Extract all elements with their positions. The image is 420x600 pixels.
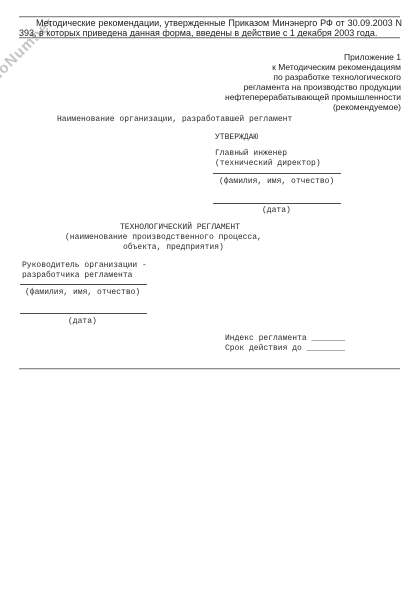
document-page: NoNumber Методические рекомендации, утве… <box>0 0 420 600</box>
fio-caption: (фамилия, имя, отчество) <box>219 177 334 186</box>
signature-line-2 <box>20 284 147 285</box>
signature-line <box>213 173 341 174</box>
doc-subtitle-2: объекта, предприятия) <box>123 243 224 252</box>
appendix-line: нефтеперерабатывающей промышленности <box>225 92 401 102</box>
approver-title: Главный инженер <box>215 149 287 158</box>
org-caption: Наименование организации, разработавшей … <box>57 115 292 124</box>
date-caption-2: (дата) <box>68 317 97 326</box>
page-bottom-rule <box>19 368 400 370</box>
appendix-line: Приложение 1 <box>225 52 401 62</box>
date-line <box>213 203 341 204</box>
doc-subtitle: (наименование производственного процесса… <box>65 233 262 242</box>
approve-stamp: УТВЕРЖДАЮ <box>215 133 258 142</box>
appendix-line: по разработке технологического <box>225 72 401 82</box>
date-line-2 <box>20 313 147 314</box>
validity-period: Срок действия до ________ <box>225 344 345 353</box>
appendix-line: (рекомендуемое) <box>225 102 401 112</box>
appendix-block: Приложение 1 к Методическим рекомендация… <box>225 52 401 112</box>
head-org-line-2: разработчика регламента <box>22 271 132 280</box>
note-text: Методические рекомендации, утвержденные … <box>19 19 402 38</box>
appendix-line: регламента на производство продукции <box>225 82 401 92</box>
head-org-line: Руководитель организации - <box>22 261 147 270</box>
approver-title-2: (технический директор) <box>215 159 321 168</box>
index-regulation: Индекс регламента _______ <box>225 334 345 343</box>
appendix-line: к Методическим рекомендациям <box>225 62 401 72</box>
date-caption: (дата) <box>262 206 291 215</box>
note-bottom-rule <box>19 37 400 39</box>
fio-caption-2: (фамилия, имя, отчество) <box>25 288 140 297</box>
doc-title: ТЕХНОЛОГИЧЕСКИЙ РЕГЛАМЕНТ <box>120 223 240 232</box>
